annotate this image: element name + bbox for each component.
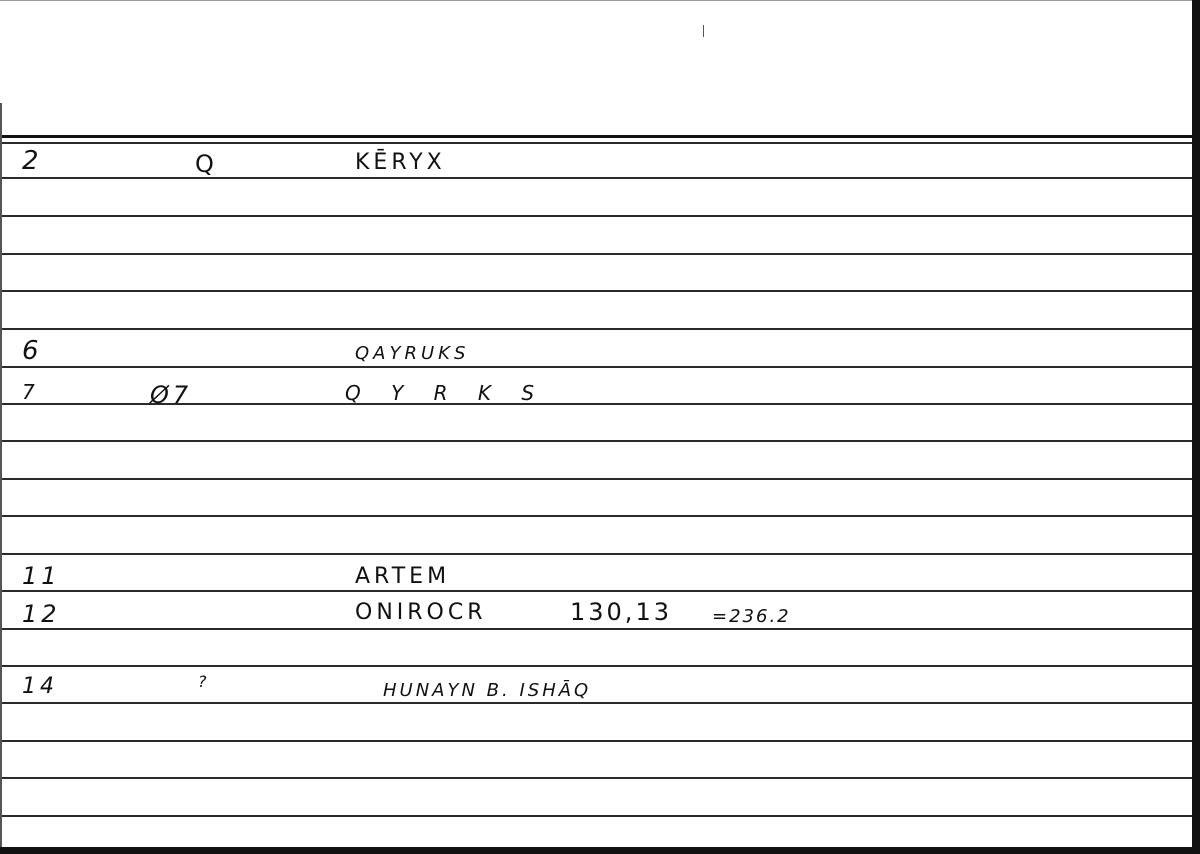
ruled-line bbox=[2, 815, 1192, 817]
entry-code: Q bbox=[195, 150, 218, 178]
ruled-line bbox=[2, 290, 1192, 292]
header-rule-secondary bbox=[2, 142, 1192, 144]
index-card: 2 Q KĒRYX 6 QAYRUKS 7 Ø7 Q Y R K S 11 AR… bbox=[0, 0, 1200, 854]
entry-number: 7 bbox=[22, 380, 39, 404]
entry-number: 12 bbox=[22, 600, 61, 628]
scan-right-border bbox=[1192, 0, 1200, 854]
entry-number: 2 bbox=[22, 146, 43, 176]
header-rule bbox=[2, 135, 1192, 138]
ruled-line bbox=[2, 366, 1192, 368]
entry-code: ? bbox=[198, 672, 211, 691]
entry-name: HUNAYN B. ISHĀQ bbox=[383, 680, 591, 701]
pen-mark bbox=[703, 25, 704, 37]
card-top-edge bbox=[0, 0, 1200, 1]
ruled-line bbox=[2, 777, 1192, 779]
entry-number: 6 bbox=[22, 336, 43, 366]
ruled-line bbox=[2, 440, 1192, 442]
ruled-line bbox=[2, 215, 1192, 217]
entry-name: Q Y R K S bbox=[345, 381, 546, 405]
ruled-line bbox=[2, 515, 1192, 517]
entry-value: 130,13 bbox=[570, 598, 672, 626]
ruled-line bbox=[2, 590, 1192, 592]
entry-name: ARTEM bbox=[355, 564, 450, 589]
entry-name: QAYRUKS bbox=[355, 343, 469, 364]
scan-bottom-border bbox=[0, 847, 1200, 854]
ruled-line bbox=[2, 702, 1192, 704]
ruled-line bbox=[2, 478, 1192, 480]
ruled-line bbox=[2, 177, 1192, 179]
entry-code: Ø7 bbox=[150, 381, 192, 409]
ruled-line bbox=[2, 665, 1192, 667]
ruled-line bbox=[2, 253, 1192, 255]
entry-name: KĒRYX bbox=[355, 150, 446, 175]
ruled-line bbox=[2, 553, 1192, 555]
ruled-line bbox=[2, 328, 1192, 330]
entry-number: 14 bbox=[22, 674, 58, 699]
entry-number: 11 bbox=[22, 562, 61, 590]
ruled-line bbox=[2, 628, 1192, 630]
entry-extra: =236.2 bbox=[712, 606, 791, 627]
entry-name: ONIROCR bbox=[355, 600, 487, 625]
ruled-line bbox=[2, 740, 1192, 742]
